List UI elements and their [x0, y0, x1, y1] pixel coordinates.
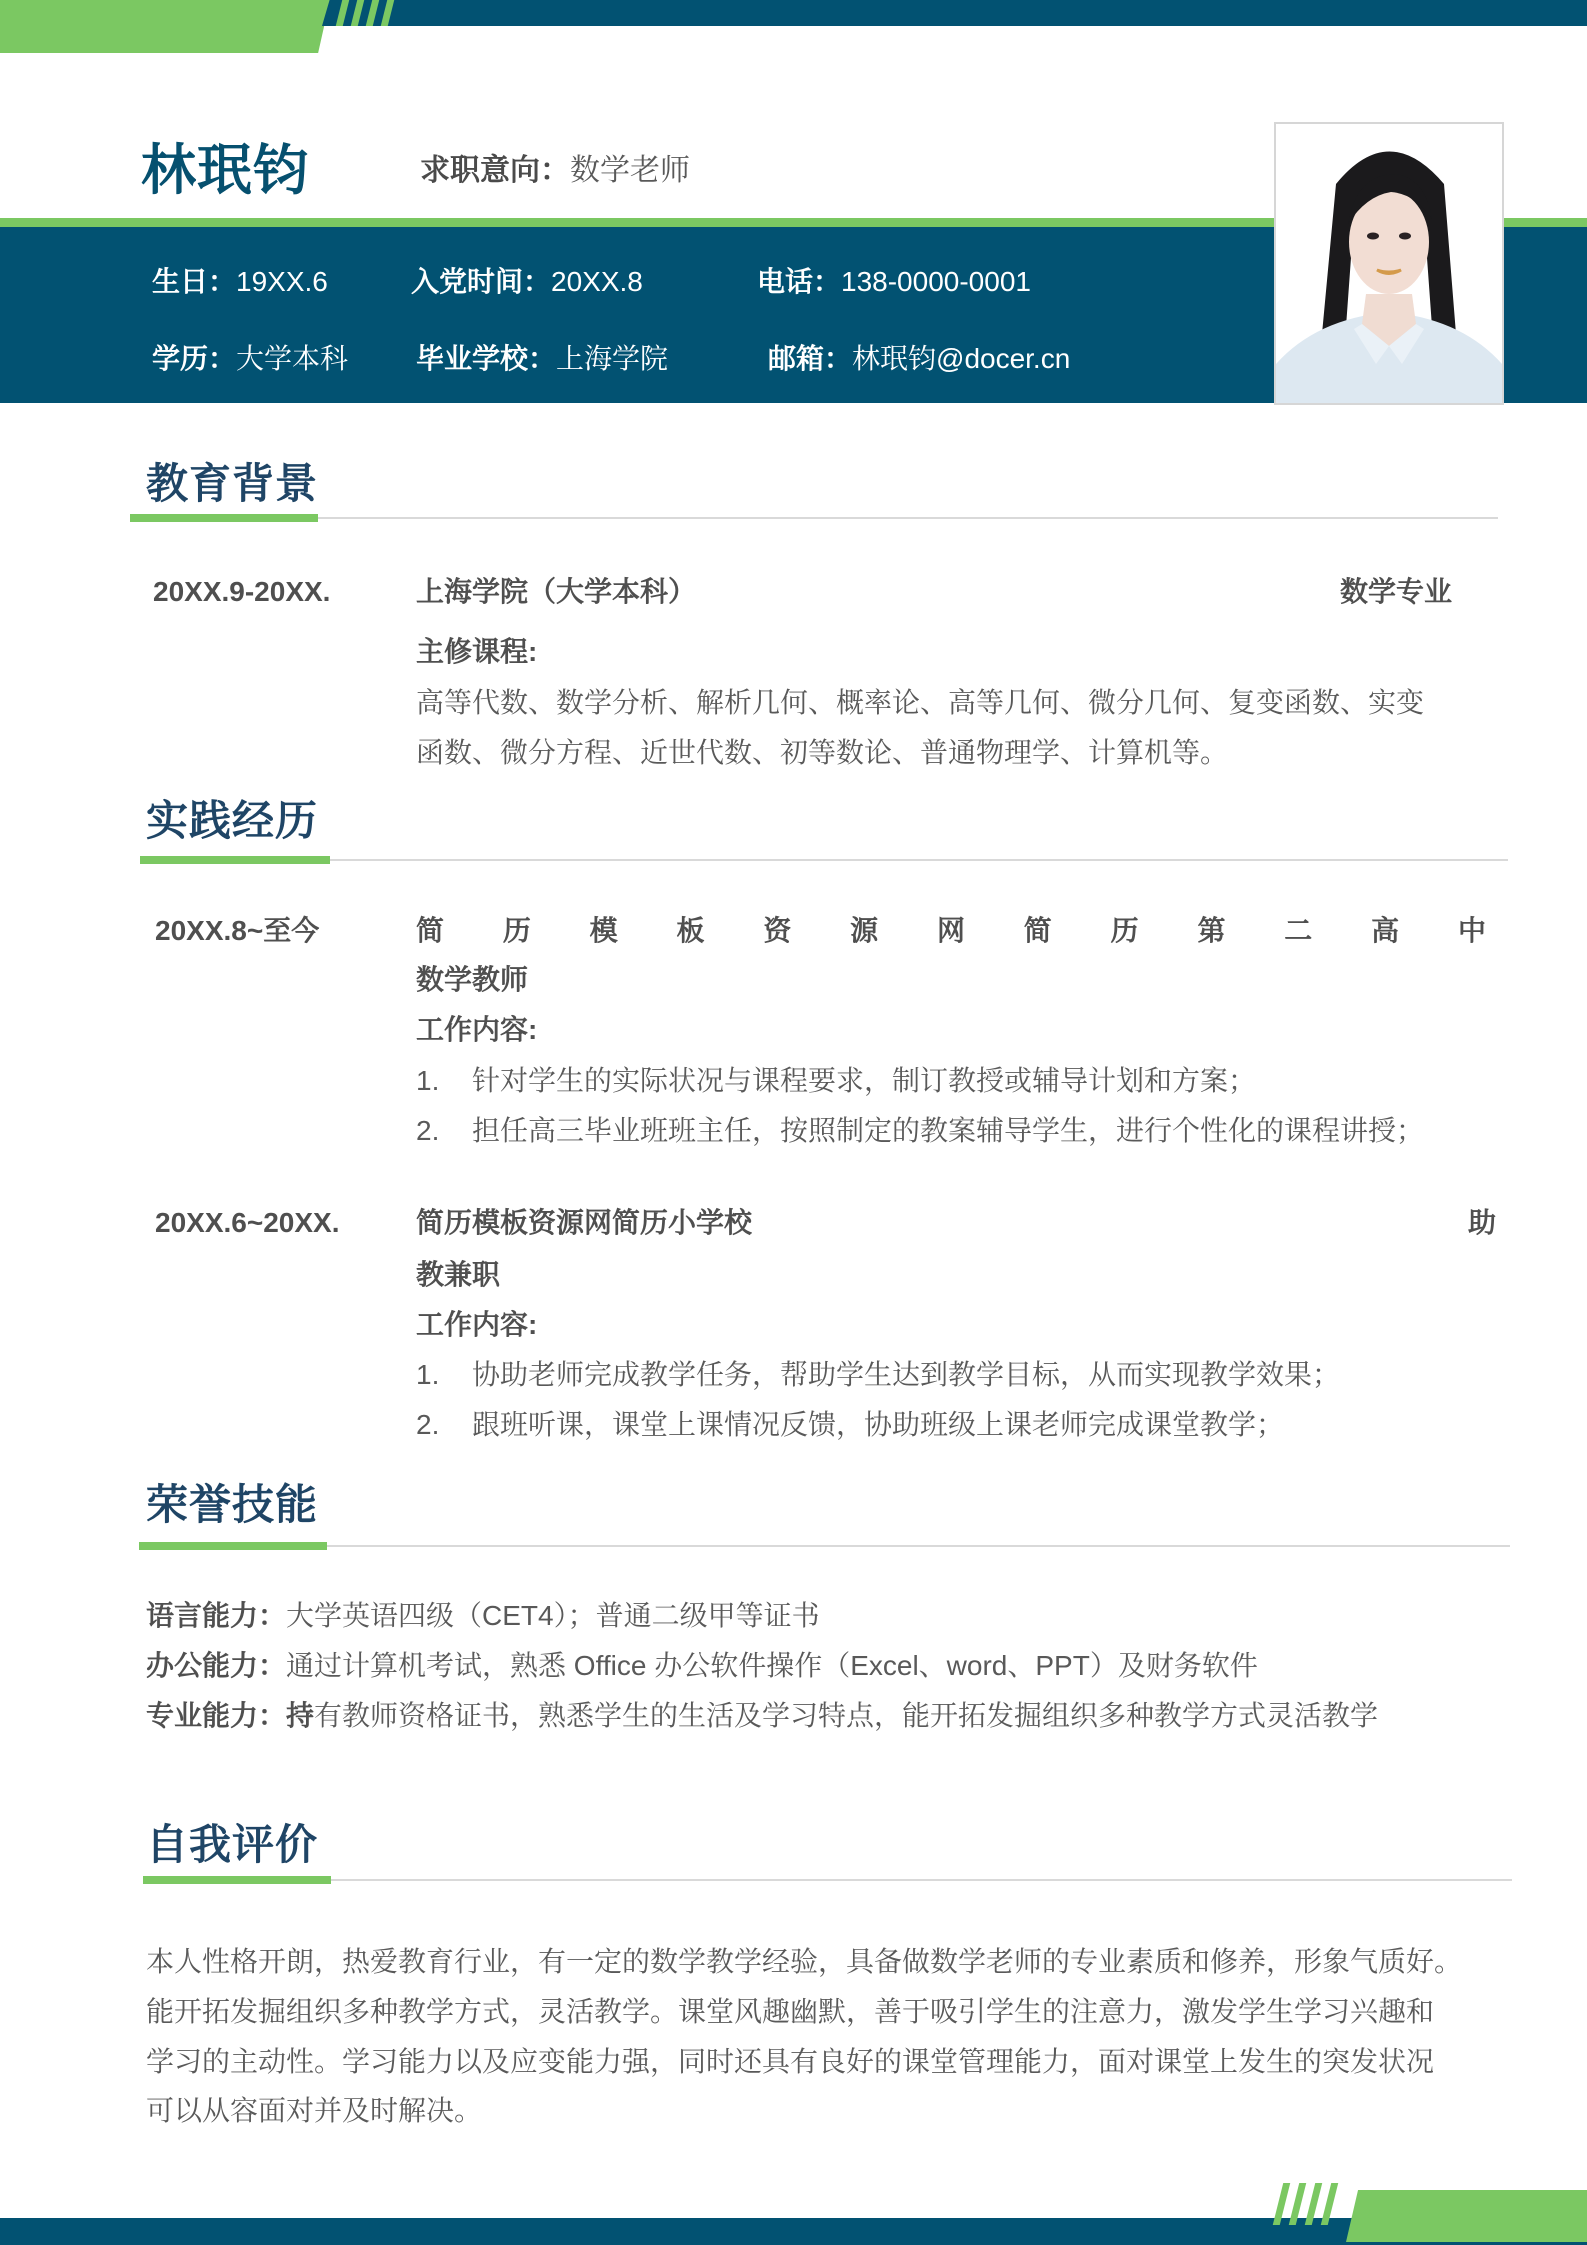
item-text: 担任高三毕业班班主任，按照制定的教案辅导学生，进行个性化的课程讲授；	[472, 1115, 1424, 1146]
org-char: 资	[763, 914, 791, 948]
org-char: 源	[850, 914, 878, 948]
section-accent-bar	[140, 856, 330, 864]
experience-org: 简 历 模 板 资 源 网 简 历 第 二 高 中	[416, 914, 1486, 948]
section-divider	[139, 1545, 1510, 1547]
objective-label: 求职意向	[420, 154, 540, 187]
self-eval-line: 能开拓发掘组织多种教学方式，灵活教学。课堂风趣幽默，善于吸引学生的注意力，激发学…	[146, 1995, 1434, 2029]
info-party-date: 入党时间：20XX.8	[411, 265, 643, 299]
section-accent-bar	[130, 514, 318, 522]
candidate-name: 林珉钧	[141, 138, 309, 202]
objective-value: 数学老师	[570, 154, 690, 187]
info-school: 毕业学校：上海学院	[416, 342, 668, 376]
info-value: 138-0000-0001	[841, 266, 1031, 297]
org-char: 第	[1197, 914, 1225, 948]
self-eval-line: 可以从容面对并及时解决。	[146, 2094, 482, 2128]
work-item: 1.协助老师完成教学任务，帮助学生达到教学目标，从而实现教学效果；	[416, 1358, 1340, 1392]
info-value: 20XX.8	[551, 266, 643, 297]
job-objective: 求职意向：数学老师	[420, 152, 690, 190]
experience-date: 20XX.8~至今	[155, 914, 319, 948]
info-email: 邮箱：林珉钧@docer.cn	[768, 342, 1070, 376]
org-char: 网	[937, 914, 965, 948]
skill-row-professional: 专业能力：持有教师资格证书，熟悉学生的生活及学习特点，能开拓发掘组织多种教学方式…	[146, 1699, 1378, 1733]
info-value: 19XX.6	[236, 266, 328, 297]
info-birthday: 生日：19XX.6	[152, 265, 328, 299]
section-accent-bar	[139, 1542, 327, 1550]
skill-text: 有教师资格证书，熟悉学生的生活及学习特点，能开拓发掘组织多种教学方式灵活教学	[314, 1700, 1378, 1731]
skill-row-language: 语言能力：大学英语四级（CET4）；普通二级甲等证书	[146, 1599, 820, 1633]
skill-label: 办公能力：	[146, 1650, 286, 1681]
experience-role: 数学教师	[416, 963, 528, 997]
courses-line: 高等代数、数学分析、解析几何、概率论、高等几何、微分几何、复变函数、实变	[416, 686, 1424, 720]
section-title-self-eval: 自我评价	[146, 1820, 318, 1870]
info-education: 学历：大学本科	[152, 342, 348, 376]
section-divider	[130, 517, 1498, 519]
info-label: 邮箱：	[768, 343, 852, 374]
bottom-green-banner	[1346, 2190, 1587, 2242]
bottom-stripes-decoration	[1270, 2183, 1340, 2225]
org-char: 高	[1371, 914, 1399, 948]
item-text: 协助老师完成教学任务，帮助学生达到教学目标，从而实现教学效果；	[472, 1359, 1340, 1390]
top-green-banner	[0, 0, 330, 53]
info-label: 生日：	[152, 266, 236, 297]
org-char: 中	[1458, 914, 1486, 948]
top-stripes-decoration	[335, 0, 400, 26]
portrait-illustration	[1276, 124, 1502, 403]
info-value: 大学本科	[236, 343, 348, 374]
section-divider	[143, 1879, 1512, 1881]
skill-label: 语言能力：	[146, 1600, 286, 1631]
section-title-skills: 荣誉技能	[146, 1480, 318, 1530]
info-label: 电话：	[757, 266, 841, 297]
courses-label: 主修课程:	[416, 635, 537, 669]
info-label: 入党时间：	[411, 266, 551, 297]
item-number: 2.	[416, 1114, 472, 1148]
org-char: 简	[1024, 914, 1052, 948]
work-content-label: 工作内容:	[416, 1013, 537, 1047]
org-char: 历	[1111, 914, 1139, 948]
top-blue-banner	[322, 0, 1587, 26]
section-title-education: 教育背景	[146, 459, 318, 509]
section-accent-bar	[143, 1876, 331, 1884]
education-school: 上海学院（大学本科）	[416, 575, 696, 609]
work-item: 1.针对学生的实际状况与课程要求，制订教授或辅导计划和方案；	[416, 1064, 1256, 1098]
education-date: 20XX.9-20XX.	[153, 575, 330, 609]
education-major: 数学专业	[1340, 575, 1452, 609]
skill-label: 专业能力：	[146, 1700, 286, 1731]
section-divider	[140, 859, 1508, 861]
info-label: 毕业学校：	[416, 343, 556, 374]
experience-org-tail: 助	[1468, 1206, 1496, 1240]
skill-text: 大学英语四级（CET4）；普通二级甲等证书	[286, 1600, 820, 1631]
skill-text: 通过计算机考试，熟悉 Office 办公软件操作（Excel、word、PPT）…	[286, 1650, 1258, 1681]
info-phone: 电话：138-0000-0001	[757, 265, 1031, 299]
org-char: 板	[676, 914, 704, 948]
info-label: 学历：	[152, 343, 236, 374]
experience-role: 教兼职	[416, 1258, 500, 1292]
work-item: 2.跟班听课，课堂上课情况反馈，协助班级上课老师完成课堂教学；	[416, 1408, 1284, 1442]
portrait-photo	[1274, 122, 1504, 405]
item-text: 针对学生的实际状况与课程要求，制订教授或辅导计划和方案；	[472, 1065, 1256, 1096]
org-char: 二	[1284, 914, 1312, 948]
experience-org: 简历模板资源网简历小学校	[416, 1206, 752, 1240]
experience-date: 20XX.6~20XX.	[155, 1206, 339, 1240]
info-value: 上海学院	[556, 343, 668, 374]
skill-row-office: 办公能力：通过计算机考试，熟悉 Office 办公软件操作（Excel、word…	[146, 1649, 1258, 1683]
self-eval-line: 学习的主动性。学习能力以及应变能力强，同时还具有良好的课堂管理能力，面对课堂上发…	[146, 2045, 1434, 2079]
org-char: 历	[503, 914, 531, 948]
objective-separator: ：	[540, 154, 570, 187]
info-value: 林珉钧@docer.cn	[852, 343, 1070, 374]
section-title-experience: 实践经历	[146, 796, 318, 846]
item-number: 2.	[416, 1408, 472, 1442]
org-char: 简	[416, 914, 444, 948]
courses-line: 函数、微分方程、近世代数、初等数论、普通物理学、计算机等。	[416, 736, 1228, 770]
item-number: 1.	[416, 1358, 472, 1392]
org-char: 模	[590, 914, 618, 948]
skill-lead: 持	[286, 1700, 314, 1731]
item-text: 跟班听课，课堂上课情况反馈，协助班级上课老师完成课堂教学；	[472, 1409, 1284, 1440]
self-eval-line: 本人性格开朗，热爱教育行业，有一定的数学教学经验，具备做数学老师的专业素质和修养…	[146, 1945, 1462, 1979]
item-number: 1.	[416, 1064, 472, 1098]
work-item: 2.担任高三毕业班班主任，按照制定的教案辅导学生，进行个性化的课程讲授；	[416, 1114, 1424, 1148]
work-content-label: 工作内容:	[416, 1308, 537, 1342]
